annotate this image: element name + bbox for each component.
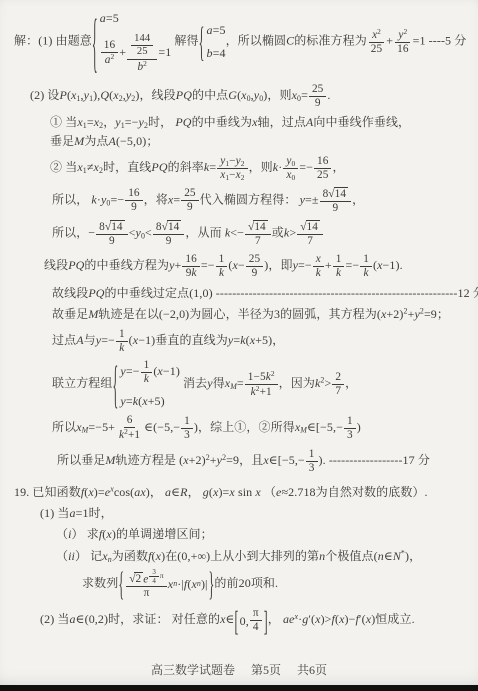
text-run: + (175, 258, 182, 272)
numerator: 1 (360, 253, 372, 267)
text-run: · (278, 160, 282, 174)
solution-line: ① 当x1=x2，y1=−y2时， PQ的中垂线为x轴，过点A向中垂线作垂线， (0, 114, 474, 130)
denominator: 9 (249, 267, 261, 280)
text-run: 7 (255, 235, 261, 247)
text-run: + (325, 258, 332, 272)
text-run: 解：(1) 由题意 (14, 34, 92, 48)
text-run: 为函数 (112, 549, 148, 563)
denominator: 9 (329, 202, 341, 215)
denominator: k (361, 267, 372, 280)
left-bracket-icon: [ (235, 607, 239, 635)
text-run: 7 (335, 385, 341, 397)
text-run: 3 (152, 568, 156, 576)
math-variable: k (119, 342, 124, 354)
numerator: 8√14 (96, 220, 128, 235)
text-run: 为点 (84, 134, 108, 148)
text-run: （ (56, 527, 68, 541)
denominator: k (216, 267, 227, 280)
text-run: ，则 (249, 160, 273, 174)
numerator: 1 (216, 253, 228, 267)
fraction: √2e34ππ (126, 568, 167, 600)
math-variable: P (60, 88, 67, 102)
bracket-inner: √2e34ππxn·|f(xn)| (124, 568, 208, 600)
text-run: +1 (260, 386, 272, 398)
text-run: 14 (307, 221, 318, 233)
text-run: 所以， (52, 193, 91, 207)
solution-line: 过点A与y=−1k(x−1)垂直的直线为y=k(x+5)， (0, 328, 474, 355)
square-root: √14 (300, 220, 320, 234)
text-run: )， (146, 485, 165, 499)
radicand: 2 (134, 572, 143, 586)
text-run: ， (188, 485, 203, 499)
text-run: 故垂足 (52, 307, 88, 321)
text-run: 所以 (52, 420, 76, 434)
square-root: √2 (129, 572, 143, 586)
text-run: 2 (143, 59, 147, 68)
text-run: （ (261, 485, 276, 499)
fraction: 259 (181, 187, 198, 214)
text-run: 3 (309, 462, 315, 474)
text-run: =− (299, 160, 313, 174)
text-run: )= (94, 485, 105, 499)
solution-line: (1) 当a=1时， (0, 505, 474, 521)
text-run: 的前20项和. (214, 576, 278, 590)
text-run: + (119, 45, 126, 59)
fraction: 8√149 (153, 220, 185, 248)
denominator: x1−x2 (217, 169, 247, 182)
fraction: 1k (141, 359, 153, 386)
math-variable: N (393, 549, 401, 563)
denominator: 4 (250, 621, 262, 634)
text-run: ≠ (87, 160, 94, 174)
text-run: 向中垂线作垂线， (313, 115, 410, 129)
text-run: ， (352, 193, 364, 207)
text-run: 25 (317, 169, 328, 181)
denominator: 16 (394, 43, 411, 56)
text-run: 1 (184, 415, 190, 427)
fraction: 16a2 (101, 39, 118, 67)
math-variable: M (88, 307, 98, 321)
math-variable: ax (134, 485, 146, 499)
text-run: )恒成立. (371, 612, 415, 626)
solution-line: 所以垂足M轨迹方程是 (x+2)2+y2=9，且x∈[−5,−13). ----… (0, 448, 474, 475)
text-run: ， (103, 115, 115, 129)
text-run: (2) 设 (30, 88, 60, 102)
text-run: 16 (185, 253, 196, 265)
exam-page: 解：(1) 由题意{a=516a2+14425b2=1 解得{a=5b=4，所以… (0, 0, 478, 691)
text-run: 9 (315, 97, 321, 109)
text-run: ，将 (144, 193, 168, 207)
text-run: 的中垂线为 (192, 115, 253, 129)
numerator: √14 (245, 220, 271, 235)
fraction: 1−5k2k2+1 (245, 370, 278, 399)
math-variable: M (105, 453, 115, 467)
text-run: 轨迹是在以(−2,0)为圆心，半径为3的圆弧，其方程为( (98, 307, 381, 321)
text-run: )> (321, 612, 332, 626)
square-root: √14 (105, 220, 125, 234)
text-run: ② 当 (50, 160, 77, 174)
subscript: 2 (241, 173, 245, 182)
denominator: k2+1 (248, 385, 275, 399)
text-run: > (289, 226, 296, 240)
text-run: 的中垂线方程为 (84, 258, 169, 272)
text-run: < (145, 226, 152, 240)
text-run: 3 (184, 429, 190, 441)
numerator: 16 (314, 155, 331, 169)
text-run: 轨迹方程是 ( (116, 453, 184, 467)
text-run: 解得 (171, 34, 198, 48)
math-variable: k (364, 267, 369, 279)
text-run: 9 (187, 201, 193, 213)
math-variable: Q (100, 88, 109, 102)
text-run: =5 (213, 23, 226, 37)
numerator: 25 (246, 253, 263, 267)
text-run: ，从而 (185, 226, 224, 240)
math-variable: C (286, 34, 294, 48)
text-run: )在(0,+∞)上从小到大排列的第 (161, 549, 319, 563)
text-run: + (386, 34, 393, 48)
text-run: 2 (335, 371, 341, 383)
fraction: 14425b2 (127, 33, 157, 73)
text-run: = (237, 376, 244, 390)
text-run: 2 (404, 27, 408, 36)
cases-rows: a=5b=4 (206, 22, 225, 61)
text-run: 得 (213, 376, 225, 390)
cases-row: y=k(x+5) (120, 393, 164, 409)
numerator: 1−5k2 (245, 370, 278, 385)
numerator: 16 (182, 253, 199, 267)
math-variable: PQ (68, 258, 84, 272)
denominator: a2 (102, 53, 118, 67)
text-run: = (173, 193, 180, 207)
fraction: 8√149 (96, 220, 128, 248)
cases-row: 16a2+14425b2=1 (100, 33, 172, 73)
text-run: +1 (128, 429, 140, 441)
text-run: = (126, 394, 133, 408)
denominator: 3 (344, 429, 356, 442)
math-variable: x (316, 253, 321, 265)
numerator: 16 (101, 39, 118, 53)
math-variable: M (74, 134, 84, 148)
cases-row: b=4 (206, 45, 225, 61)
text-run: π (144, 587, 150, 599)
math-variable: ii (68, 549, 75, 563)
denominator: 9k (183, 267, 200, 280)
text-run: −1). (383, 258, 403, 272)
text-run: 2 (110, 52, 114, 61)
text-run: 1 (119, 328, 125, 340)
cases-group: {a=5b=4 (199, 22, 226, 61)
text-run: =4 (213, 46, 226, 60)
numerator: 2 (332, 371, 344, 385)
numerator: 144 (131, 33, 153, 46)
text-run: 或 (272, 226, 284, 240)
text-run: 1 (309, 448, 315, 460)
text-run: 消去 (180, 376, 207, 390)
text-run: 线段 (44, 258, 68, 272)
math-variable: k (144, 373, 149, 385)
numerator: y2 (395, 28, 410, 43)
numerator: 1 (306, 448, 318, 462)
text-run: )| (201, 576, 208, 592)
text-run: ， (268, 612, 283, 626)
text-run: (−5,0)； (116, 134, 158, 148)
text-run: =1 (158, 45, 171, 59)
subscript: M (230, 382, 237, 391)
numerator: 3 (149, 568, 159, 577)
text-run: ∈ (384, 549, 393, 563)
text-run: 联立方程组 (52, 376, 113, 390)
cases-rows: a=516a2+14425b2=1 (100, 10, 172, 74)
text-run: ，所以椭圆 (226, 34, 287, 48)
text-run: +2) (189, 453, 206, 467)
text-run: 25 (371, 43, 382, 55)
solution-line: ② 当x1≠x2时，直线PQ的斜率k=y1−y2x1−x2，则k·y0x0=−1… (0, 155, 474, 182)
text-run: 垂足 (50, 134, 74, 148)
radicand: 14 (167, 220, 181, 234)
text-run: 14 (168, 221, 179, 233)
math-variable: sin (238, 485, 252, 499)
text-run: 的中垂线过定点(1,0) ---------------------------… (105, 286, 478, 300)
numerator: x (313, 253, 324, 267)
text-run: 2 (135, 573, 141, 585)
math-variable: PQ (151, 160, 167, 174)
text-run: 19. 已知函数 (14, 485, 81, 499)
text-run: (1) 当 (40, 506, 70, 520)
text-run: 16 (397, 43, 408, 55)
text-run: )，线段 (135, 88, 175, 102)
fraction: 169 (125, 187, 142, 214)
text-run: −1) (163, 364, 180, 378)
text-run: 的标准方程为 (294, 34, 367, 48)
numerator: 14425 (127, 33, 157, 59)
radicand: 14 (253, 220, 267, 234)
text-run: 16 (128, 187, 139, 199)
text-run: 过点 (52, 333, 76, 347)
solution-line: 故垂足M轨迹是在以(−2,0)为圆心，半径为3的圆弧，其方程为(x+2)2+y2… (0, 306, 474, 322)
text-run: =− (110, 193, 124, 207)
text-run: 4 (253, 621, 259, 633)
text-run: +5)， (255, 333, 284, 347)
fraction: xk (313, 253, 324, 280)
text-run: =9，且 (226, 453, 263, 467)
fraction: y0x0 (283, 155, 298, 182)
math-variable: k (336, 267, 341, 279)
denominator: 25 (314, 169, 331, 182)
scan-edge-bar (0, 685, 478, 691)
text-run: 0 (291, 159, 295, 168)
numerator: y0 (283, 155, 298, 169)
text-run: 0, (240, 613, 249, 629)
text-run: 9 (109, 235, 115, 247)
text-run: 9 (252, 267, 258, 279)
text-run: ∈(0,2)时，求证： 对任意的 (76, 612, 220, 626)
numerator: 25 (181, 187, 198, 201)
text-run: 16 (104, 39, 115, 51)
subscript: M (300, 426, 307, 435)
text-run: 个极值点( (325, 549, 378, 563)
text-run: =− (201, 258, 215, 272)
math-variable: cos (114, 485, 130, 499)
text-run: =− (126, 364, 140, 378)
solution-line: (2) 当a∈(0,2)时，求证： 对任意的x∈[0,π4]， aex·g′(x… (0, 607, 474, 634)
text-run: 与 (84, 333, 96, 347)
math-variable: M (300, 426, 307, 435)
text-run: π (160, 571, 164, 580)
radicand: 14 (110, 220, 124, 234)
math-variable: G (228, 88, 237, 102)
text-run: ∈ (171, 485, 180, 499)
denominator: 9 (106, 235, 118, 248)
square-root: √14 (248, 220, 268, 234)
solution-line: 求数列{√2e34ππxn·|f(xn)|}的前20项和. (0, 568, 474, 600)
footer-title: 高三数学试题卷 (151, 663, 235, 677)
superscript: 2 (377, 27, 381, 36)
text-run: =− (125, 115, 139, 129)
text-run: ， (332, 160, 344, 174)
fraction: 1k (116, 328, 128, 355)
fraction: 6k2+1 (116, 414, 143, 442)
text-run: =5 (106, 11, 119, 25)
text-run: 25 (312, 83, 323, 95)
denominator: k2+1 (116, 428, 143, 442)
solution-line: 19. 已知函数f(x)=excos(ax)， a∈R， g(x)=x sin … (0, 484, 474, 500)
text-run: 2 (377, 27, 381, 36)
text-run: 25 (249, 253, 260, 265)
fraction: 1625 (314, 155, 331, 182)
right-brace-icon: } (209, 567, 215, 601)
fraction: y216 (394, 28, 411, 56)
math-variable: ae (283, 612, 295, 626)
fraction: 13 (344, 415, 356, 442)
text-run: 16 (317, 155, 328, 167)
footer-page-total: 共6页 (297, 663, 327, 677)
fraction: 259 (246, 253, 263, 280)
superscript: 2 (404, 27, 408, 36)
denominator: π (141, 587, 153, 600)
text-run: (2) 当 (40, 612, 70, 626)
solution-line: （i） 求f(x)的单调递增区间； (0, 526, 474, 542)
denominator: 7 (332, 385, 344, 398)
text-run: +2) (386, 307, 403, 321)
text-run: ） 求 (72, 527, 99, 541)
text-run: 1 (347, 415, 353, 427)
text-run: 时，直线 (103, 160, 151, 174)
denominator: 9 (312, 97, 324, 110)
numerator: 1 (116, 328, 128, 342)
numerator: 25 (309, 83, 326, 97)
fraction: √147 (245, 220, 271, 248)
left-brace-icon: { (118, 567, 124, 601)
text-run: 14 (335, 188, 346, 200)
fraction: x225 (368, 28, 385, 56)
superscript: 34π (148, 571, 163, 580)
math-variable: PQ (88, 286, 104, 300)
text-run: 1−5 (248, 371, 266, 383)
text-run: 1 (219, 253, 225, 265)
fraction: 34 (149, 568, 159, 585)
denominator: x0 (283, 169, 298, 182)
text-run: =−5+ (88, 420, 115, 434)
subscript: 0 (291, 173, 295, 182)
solution-line: 故线段PQ的中垂线过定点(1,0) ----------------------… (0, 285, 474, 301)
text-run: 1 (336, 253, 342, 265)
text-run: ·| (177, 576, 184, 592)
text-run: ） 记 (75, 549, 102, 563)
right-bracket-icon: ] (264, 607, 268, 635)
text-run: =− (298, 258, 312, 272)
fraction: 1k (216, 253, 228, 280)
left-brace-icon: { (92, 9, 98, 75)
numerator: x2 (369, 28, 384, 43)
solution-body: 解：(1) 由题意{a=516a2+14425b2=1 解得{a=5b=4，所以… (0, 0, 474, 634)
text-run: )，即 (264, 258, 292, 272)
numerator: 1 (344, 415, 356, 429)
denominator: k (313, 267, 324, 280)
text-run: =− (101, 333, 115, 347)
fraction: 259 (309, 83, 326, 110)
text-run: =1时， (76, 506, 113, 520)
fraction: 13 (181, 415, 193, 442)
math-variable: k (316, 267, 321, 279)
fraction: 14425 (131, 33, 153, 58)
solution-line: （ii） 记xn为函数f(x)在(0,+∞)上从小到大排列的第n个极值点(n∈N… (0, 548, 474, 564)
text-run: =9； (424, 307, 449, 321)
text-run: ′( (359, 612, 366, 626)
solution-line: 解：(1) 由题意{a=516a2+14425b2=1 解得{a=5b=4，所以… (0, 10, 474, 74)
cases-row: a=5 (100, 10, 119, 26)
fraction: y1−y2x1−x2 (217, 155, 247, 182)
denominator: k (333, 267, 344, 280)
text-run: ∈ (226, 612, 235, 626)
denominator: b2 (134, 60, 150, 74)
fraction: 1k (333, 253, 345, 280)
text-run: 3 (347, 429, 353, 441)
text-run: 轴，过点 (258, 115, 306, 129)
left-brace-icon: { (113, 358, 119, 410)
cases-row: a=5 (206, 22, 225, 38)
text-run: 0 (291, 173, 295, 182)
numerator: 1 (181, 415, 193, 429)
text-run: 求数列 (82, 576, 118, 590)
text-run: )， (405, 549, 421, 563)
numerator: 16 (125, 187, 142, 201)
superscript: 2 (110, 52, 114, 61)
text-run: 9 (131, 201, 137, 213)
text-run: )− (345, 612, 356, 626)
text-run: > (324, 376, 331, 390)
text-run: =1 ----5 分 (413, 34, 467, 48)
text-run: ≈2.718为自然对数的底数）. (281, 485, 427, 499)
math-variable: k (191, 267, 196, 279)
radicand: 14 (306, 220, 320, 234)
denominator: 3 (306, 462, 318, 475)
solution-line: (2) 设P(x1,y1),Q(x2,y2)，线段PQ的中点G(x0,y0)，则… (0, 83, 474, 110)
fraction: π4 (250, 607, 262, 634)
bracket-group: {√2e34ππxn·|f(xn)|} (118, 568, 214, 600)
solution-line: 所以，−8√149<y0<8√149，从而 k<−√147或k>√147 (0, 220, 474, 248)
text-run: 9 (166, 235, 172, 247)
footer-page-number: 第5页 (251, 663, 281, 677)
text-run: 9 (332, 202, 338, 214)
fraction: 13 (306, 448, 318, 475)
text-run: π (253, 607, 259, 619)
numerator: √14 (297, 220, 323, 235)
text-run: −1)垂直的直线为 (138, 333, 228, 347)
text-run: 7 (307, 235, 313, 247)
denominator: 25 (368, 43, 385, 56)
denominator: k (141, 373, 152, 386)
